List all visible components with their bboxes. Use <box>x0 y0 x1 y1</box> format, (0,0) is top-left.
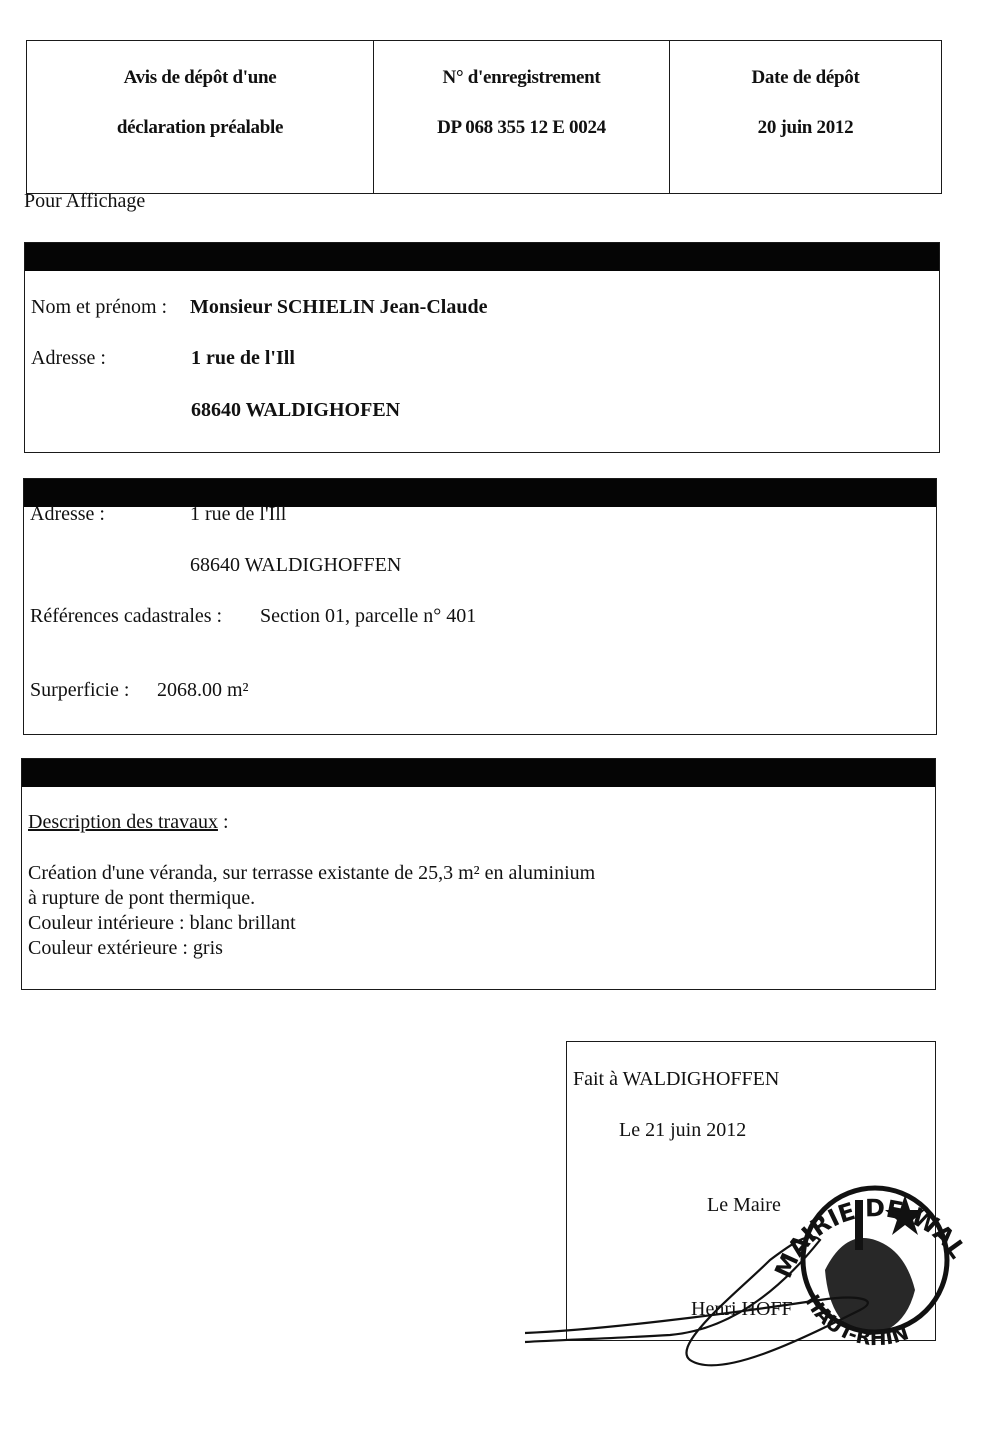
terrain-address-line2: 68640 WALDIGHOFFEN <box>190 554 401 577</box>
header-cell-notice-type: Avis de dépôt d'une déclaration préalabl… <box>27 41 374 193</box>
header-cell-registration: N° d'enregistrement DP 068 355 12 E 0024 <box>374 41 670 193</box>
applicant-name-label: Nom et prénom : <box>31 296 167 319</box>
works-line: Couleur extérieure : gris <box>28 936 595 961</box>
area-value: 2068.00 m² <box>157 679 249 702</box>
works-line: à rupture de pont thermique. <box>28 886 595 911</box>
notice-type-line1: Avis de dépôt d'une <box>124 67 277 89</box>
applicant-address-line1: 1 rue de l'Ill <box>191 347 295 370</box>
works-title-text: Description des travaux <box>28 811 218 833</box>
registration-number: DP 068 355 12 E 0024 <box>437 117 606 139</box>
section-header-bar <box>24 479 936 507</box>
works-title: Description des travaux : <box>28 811 229 834</box>
section-header-bar <box>22 759 935 787</box>
signature-place: Fait à WALDIGHOFFEN <box>573 1068 779 1091</box>
terrain-address-label: Adresse : <box>30 503 105 526</box>
header-table: Avis de dépôt d'une déclaration préalabl… <box>26 40 942 194</box>
applicant-name-value: Monsieur SCHIELIN Jean-Claude <box>190 296 487 319</box>
applicant-section: Nom et prénom : Monsieur SCHIELIN Jean-C… <box>24 242 940 453</box>
applicant-address-label: Adresse : <box>31 347 106 370</box>
registration-label: N° d'enregistrement <box>443 67 601 89</box>
applicant-address-line2: 68640 WALDIGHOFEN <box>191 399 400 422</box>
cadastral-label: Références cadastrales : <box>30 605 222 628</box>
works-section: Description des travaux : Création d'une… <box>21 758 936 990</box>
terrain-address-line1: 1 rue de l'Ill <box>190 503 286 526</box>
cadastral-value: Section 01, parcelle n° 401 <box>260 605 476 628</box>
works-title-suffix: : <box>218 811 229 833</box>
svg-text:MAIRIE DE WALDIGHOFFEN: MAIRIE DE WALDIGHOFFEN <box>520 1150 972 1282</box>
works-line: Couleur intérieure : blanc brillant <box>28 911 595 936</box>
area-label: Surperficie : <box>30 679 129 702</box>
filing-date-label: Date de dépôt <box>752 67 860 89</box>
filing-date-value: 20 juin 2012 <box>758 117 854 139</box>
works-line: Création d'une véranda, sur terrasse exi… <box>28 861 595 886</box>
stamp-top-text: MAIRIE DE WALDIGHOFFEN <box>520 1150 972 1282</box>
town-hall-stamp-icon: MAIRIE DE WALDIGHOFFEN HAUT-RHIN <box>520 1150 980 1390</box>
notice-type-line2: déclaration préalable <box>117 117 283 139</box>
works-description: Création d'une véranda, sur terrasse exi… <box>28 861 595 961</box>
signature-date: Le 21 juin 2012 <box>619 1119 746 1142</box>
terrain-section: Adresse : 1 rue de l'Ill 68640 WALDIGHOF… <box>23 478 937 735</box>
display-note: Pour Affichage <box>24 190 145 213</box>
section-header-bar <box>25 243 939 271</box>
header-cell-filing-date: Date de dépôt 20 juin 2012 <box>670 41 941 193</box>
